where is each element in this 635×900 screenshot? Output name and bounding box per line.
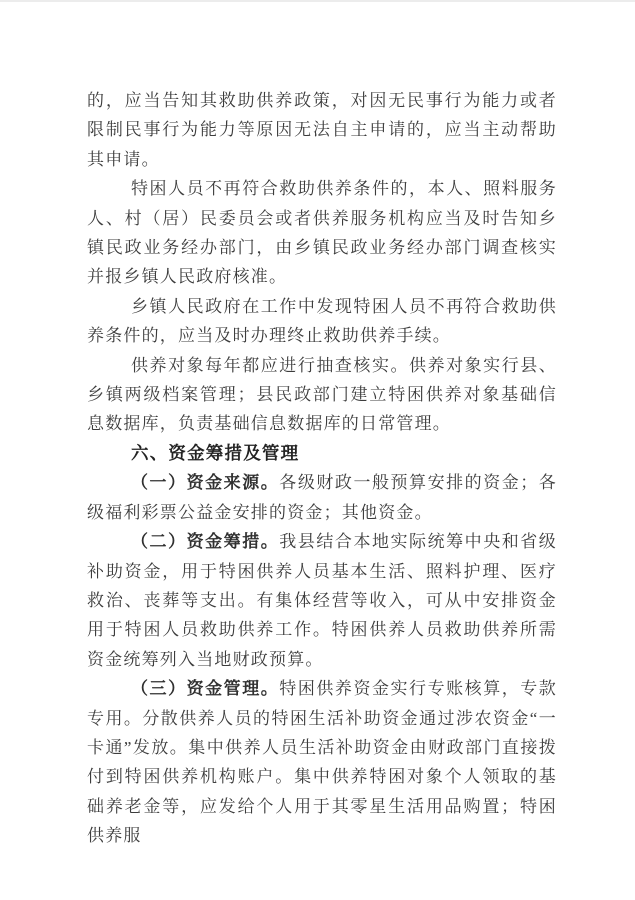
paragraph-text: 特困人员不再符合救助供养条件的，本人、照料服务人、村（居）民委员会或者供养服务机… xyxy=(87,179,557,286)
paragraph-funding-source: （一）资金来源。各级财政一般预算安排的资金；各级福利彩票公益金安排的资金；其他资… xyxy=(87,468,557,527)
paragraph-text: 特困供养资金实行专账核算，专款专用。分散供养人员的特困生活补助资金通过涉农资金“… xyxy=(87,679,557,845)
subsection-label: （一）资金来源。 xyxy=(131,473,279,492)
paragraph-funding-management: （三）资金管理。特困供养资金实行专账核算，专款专用。分散供养人员的特困生活补助资… xyxy=(87,674,557,850)
subsection-label: （二）资金筹措。 xyxy=(131,532,279,551)
document-content: 的，应当告知其救助供养政策，对因无民事行为能力或者限制民事行为能力等原因无法自主… xyxy=(87,86,557,851)
paragraph-text: 供养对象每年都应进行抽查核实。供养对象实行县、乡镇两级档案管理；县民政部门建立特… xyxy=(87,356,557,434)
paragraph: 供养对象每年都应进行抽查核实。供养对象实行县、乡镇两级档案管理；县民政部门建立特… xyxy=(87,351,557,439)
paragraph-text: 我县结合本地实际统筹中央和省级补助资金，用于特困供养人员基本生活、照料护理、医疗… xyxy=(87,532,557,669)
paragraph-funding-raising: （二）资金筹措。我县结合本地实际统筹中央和省级补助资金，用于特困供养人员基本生活… xyxy=(87,527,557,674)
paragraph: 乡镇人民政府在工作中发现特困人员不再符合救助供养条件的，应当及时办理终止救助供养… xyxy=(87,292,557,351)
document-page: 的，应当告知其救助供养政策，对因无民事行为能力或者限制民事行为能力等原因无法自主… xyxy=(0,0,635,900)
paragraph-text: 乡镇人民政府在工作中发现特困人员不再符合救助供养条件的，应当及时办理终止救助供养… xyxy=(87,297,557,345)
subsection-label: （三）资金管理。 xyxy=(131,679,279,698)
paragraph-continuation: 的，应当告知其救助供养政策，对因无民事行为能力或者限制民事行为能力等原因无法自主… xyxy=(87,86,557,174)
paragraph-text: 的，应当告知其救助供养政策，对因无民事行为能力或者限制民事行为能力等原因无法自主… xyxy=(87,91,557,169)
section-heading-funding: 六、资金筹措及管理 xyxy=(87,439,557,468)
paragraph: 特困人员不再符合救助供养条件的，本人、照料服务人、村（居）民委员会或者供养服务机… xyxy=(87,174,557,292)
